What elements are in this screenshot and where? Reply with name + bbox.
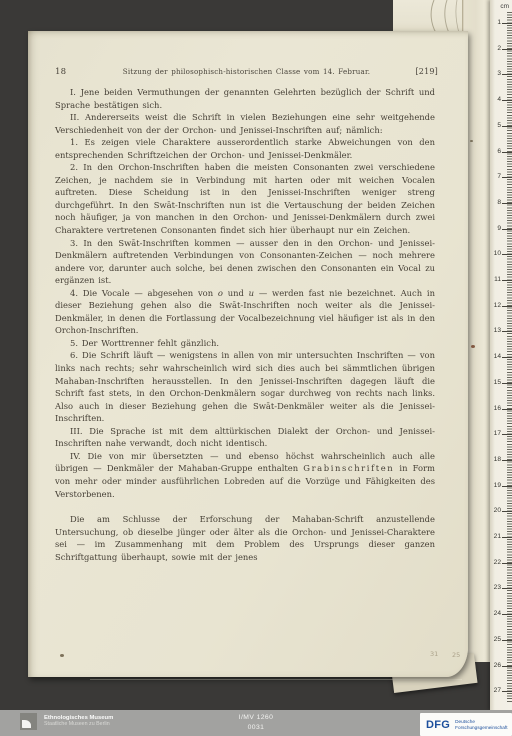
paragraph: IV. Die von mir übersetzten — und ebenso… [55,450,435,500]
ruler-cm-tick [502,691,512,692]
ruler-number: 4 [489,96,501,103]
ruler-number: 26 [489,662,501,669]
ruler-number: 6 [489,148,501,155]
ruler-number: 17 [489,430,501,437]
ruler-number: 1 [489,19,501,26]
ruler-number: 9 [489,225,501,232]
ruler-number: 27 [489,687,501,694]
ruler-number: 21 [489,533,501,540]
ruler-cm-tick [502,614,512,615]
ruler: cm 1234567891011121314151617181920212223… [490,0,512,710]
ruler-number: 10 [489,250,501,257]
paragraph-segment: II. Andererseits weist die Schrift in vi… [55,112,435,135]
running-title: Sitzung der philosophisch-historischen C… [89,67,404,76]
ruler-number: 2 [489,45,501,52]
paragraph-segment: und [223,288,249,298]
paragraph: 5. Der Worttrenner fehlt gänzlich. [55,337,435,350]
dfg-name-line2: Forschungsgemeinschaft [455,725,507,730]
ruler-number: 11 [489,276,501,283]
dfg-name-line1: Deutsche [455,719,475,724]
ruler-cm-tick [502,100,512,101]
ruler-cm-tick [502,23,512,24]
ruler-cm-tick [502,203,512,204]
ruler-number: 24 [489,610,501,617]
ruler-cm-tick [502,640,512,641]
ruler-number: 12 [489,302,501,309]
ruler-number: 19 [489,482,501,489]
book-pages-top-edge [393,0,462,33]
paragraph-segment: 5. Der Worttrenner fehlt gänzlich. [70,338,219,348]
paragraph-segment: Grabinschriften [303,463,394,473]
pencil-mark: 31 [430,650,438,658]
page-number: 18 [55,67,89,77]
paragraph: 3. In den Swāt-Inschriften kommen — auss… [55,237,435,287]
ruler-number: 14 [489,353,501,360]
scan-viewer: cm 1234567891011121314151617181920212223… [0,0,512,736]
paper-blemish [60,654,64,657]
ruler-cm-tick [502,306,512,307]
ruler-cm-tick [502,74,512,75]
ruler-cm-tick [502,460,512,461]
ruler-number: 13 [489,327,501,334]
dfg-acronym: DFG [426,719,450,731]
page-edge-curves [393,0,462,33]
ruler-cm-tick [502,229,512,230]
dfg-name: Deutsche Forschungsgemeinschaft [455,719,507,730]
paragraph: III. Die Sprache ist mit dem alttürkisch… [55,425,435,450]
scanned-page: 18 Sitzung der philosophisch-historische… [28,31,468,677]
ruler-cm-tick [502,383,512,384]
page-bottom-highlight [90,679,462,680]
ruler-cm-tick [502,511,512,512]
ruler-cm-tick [502,126,512,127]
text-block: I. Jene beiden Vermuthungen der genannte… [55,86,435,563]
ruler-number: 15 [489,379,501,386]
ruler-number: 18 [489,456,501,463]
ruler-cm-tick [502,588,512,589]
page-header: 18 Sitzung der philosophisch-historische… [55,67,438,77]
paragraph-segment: 1. Es zeigen viele Charaktere ausserorde… [55,137,435,160]
paragraph: 6. Die Schrift läuft — wenigstens in all… [55,349,435,424]
ruler-cm-tick [502,280,512,281]
ruler-unit-label: cm [500,3,509,10]
paragraph-segment: 3. In den Swāt-Inschriften kommen — auss… [55,238,435,286]
ruler-number: 23 [489,584,501,591]
paragraph: 2. In den Orchon-Inschriften haben die m… [55,161,435,236]
ruler-number: 20 [489,507,501,514]
column-reference: [219] [404,67,438,76]
ruler-cm-tick [502,563,512,564]
paper-blemish [471,345,475,348]
ruler-cm-tick [502,666,512,667]
paragraph: I. Jene beiden Vermuthungen der genannte… [55,86,435,111]
ruler-number: 7 [489,173,501,180]
ruler-number: 5 [489,122,501,129]
pencil-mark: 25 [452,651,460,659]
ruler-cm-tick [502,357,512,358]
paragraph-segment: Die am Schlusse der Erforschung der Maha… [55,514,435,562]
ruler-number: 22 [489,559,501,566]
paragraph-segment: I. Jene beiden Vermuthungen der genannte… [55,87,435,110]
paragraph-segment: 4. Die Vocale — abgesehen von [70,288,218,298]
ruler-number: 16 [489,405,501,412]
paragraph-segment: 6. Die Schrift läuft — wenigstens in all… [55,350,435,423]
ruler-cm-tick [502,537,512,538]
paragraph-segment: III. Die Sprache ist mit dem alttürkisch… [55,426,435,449]
paper-blemish [470,140,473,142]
paragraph: II. Andererseits weist die Schrift in vi… [55,111,435,136]
ruler-number: 3 [489,70,501,77]
ruler-cm-tick [502,254,512,255]
ruler-number: 8 [489,199,501,206]
ruler-cm-tick [502,177,512,178]
paragraph: 1. Es zeigen viele Charaktere ausserorde… [55,136,435,161]
ruler-number: 25 [489,636,501,643]
paragraph: Die am Schlusse der Erforschung der Maha… [55,513,435,563]
paragraph-segment: 2. In den Orchon-Inschriften haben die m… [55,162,435,235]
ruler-cm-tick [502,152,512,153]
digitization-footer: Ethnologisches Museum Staatliche Museen … [0,710,512,736]
ruler-cm-tick [502,49,512,50]
dfg-logo: Gefördert durch DFG Deutsche Forschungsg… [420,713,512,736]
paragraph: 4. Die Vocale — abgesehen von o und u — … [55,287,435,337]
ruler-cm-tick [502,434,512,435]
ruler-cm-tick [502,331,512,332]
ruler-cm-tick [502,486,512,487]
ruler-cm-tick [502,409,512,410]
